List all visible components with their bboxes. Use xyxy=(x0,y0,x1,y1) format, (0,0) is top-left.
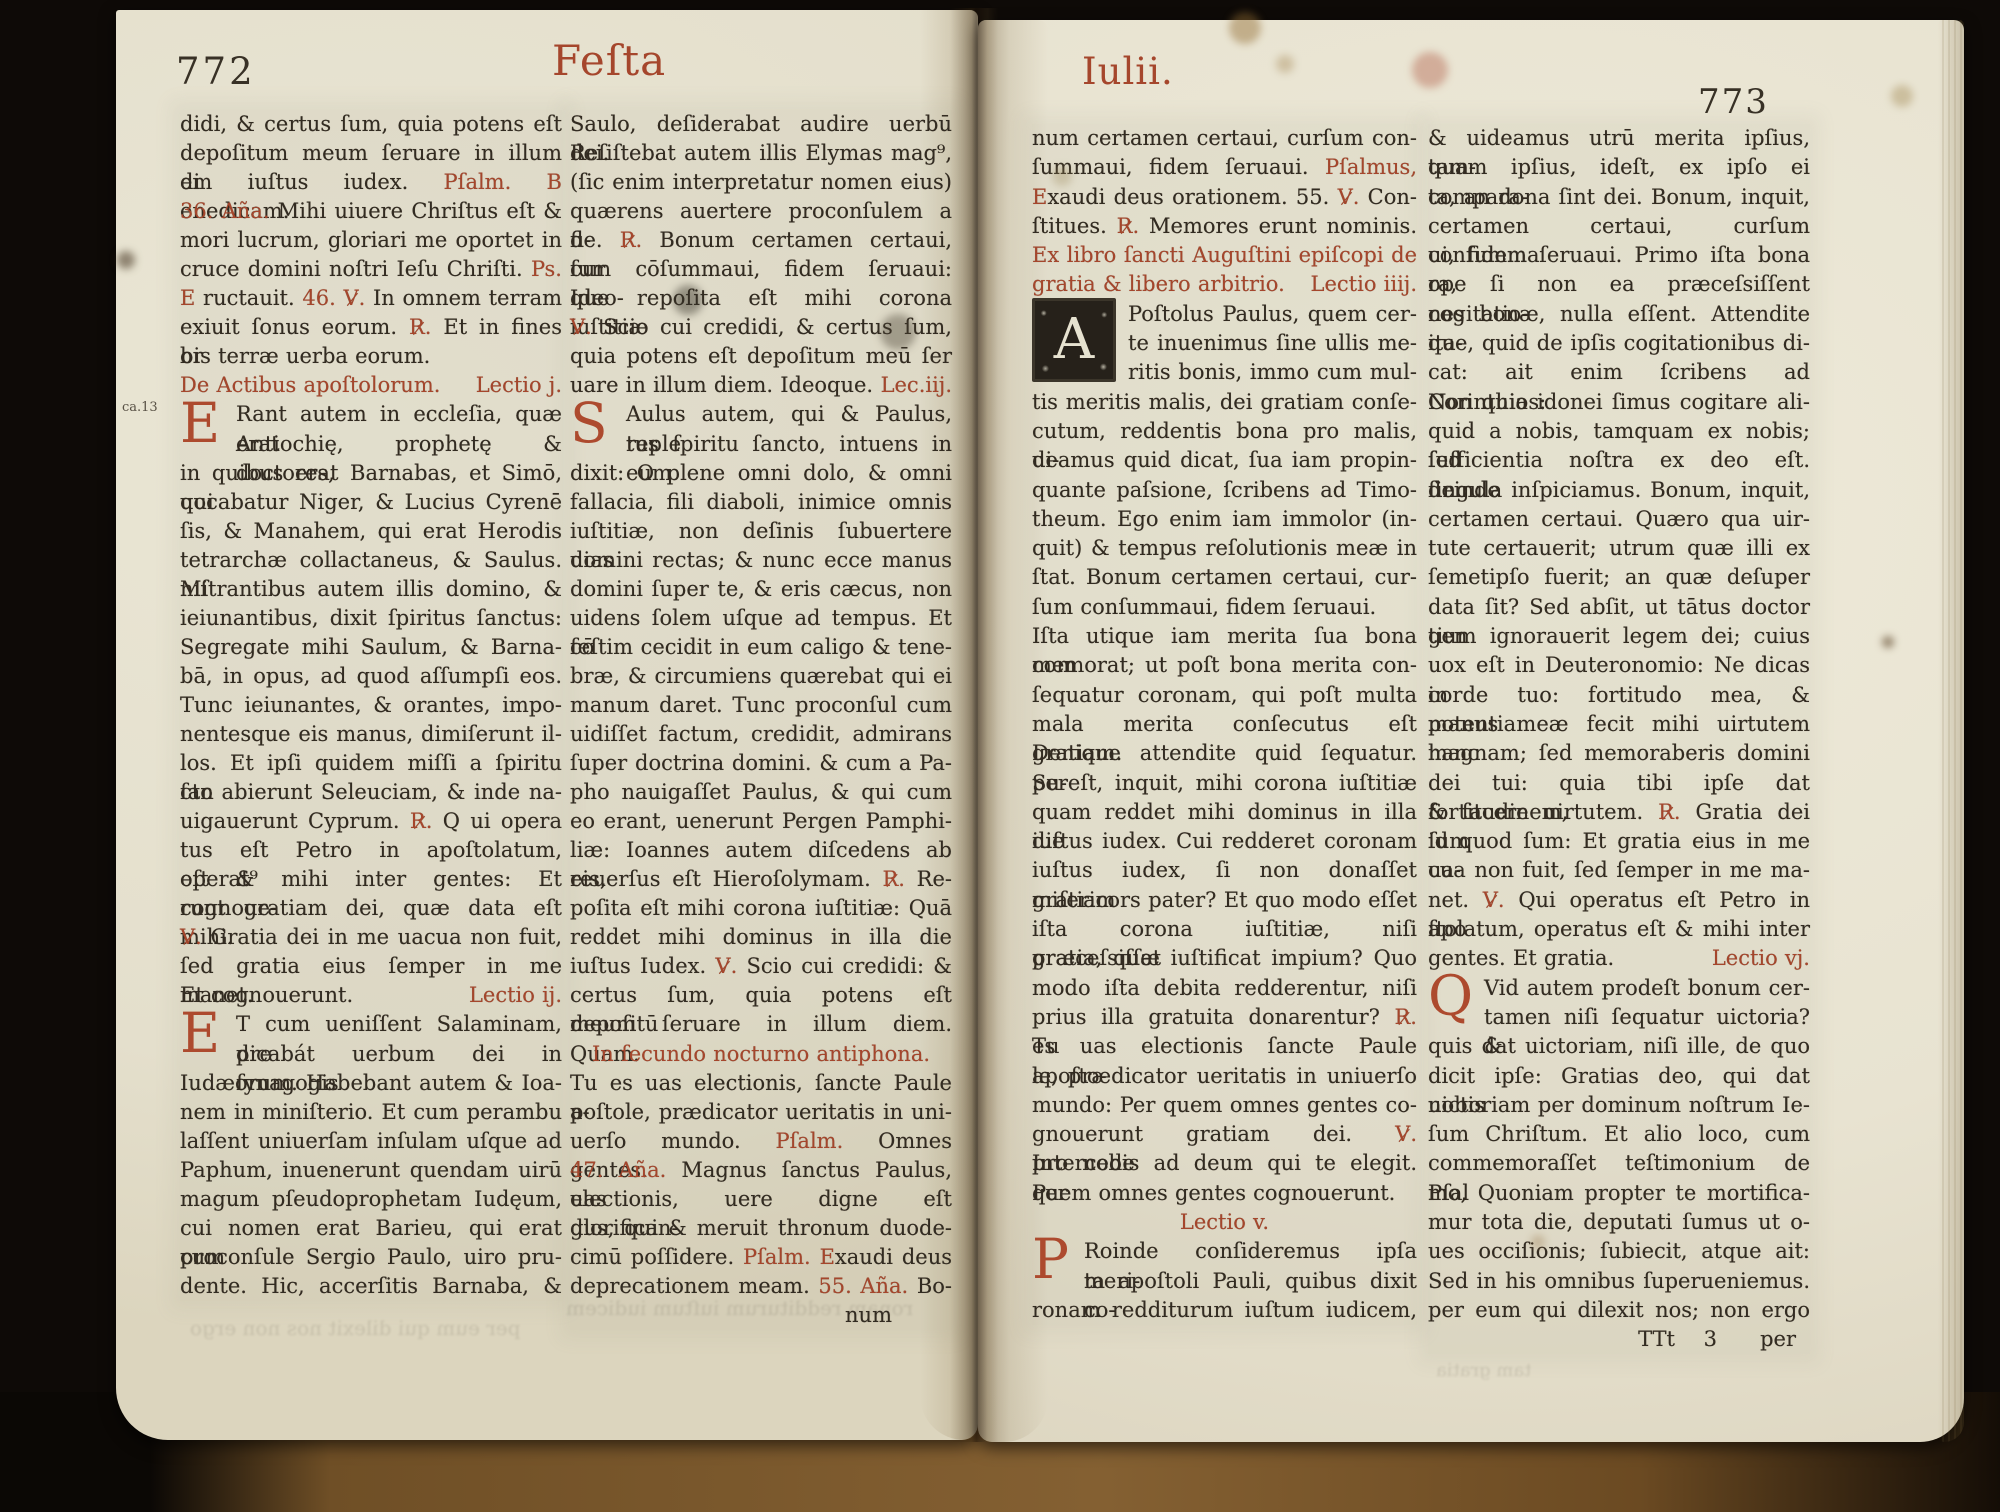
body-text: feſtim cecidit in eum caligo & tene- xyxy=(570,635,952,659)
drop-cap-Q: Q xyxy=(1428,969,1473,1024)
text-line: corde tuo: fortitudo mea, & potentia xyxy=(1428,681,1810,710)
body-text: eo erant, uenerunt Pergen Pamphi- xyxy=(570,809,952,833)
rubric-text: Pſalm. E xyxy=(743,1245,835,1269)
text-line: Denique attendite quid ſequatur. Su- xyxy=(1032,739,1417,768)
text-line: V̷. Gratia dei in me uacua non fuit, xyxy=(180,923,562,952)
text-column: didi, & certus ſum, quia potens eſtdepoſ… xyxy=(180,110,562,1301)
text-line: 47. Aña. Magnus ſanctus Paulus, uas xyxy=(570,1156,952,1185)
body-text: cto abierunt Seleuciam, & inde na- xyxy=(180,780,562,804)
body-text: Gratia dei in me uacua non fuit, xyxy=(211,925,562,949)
rubric-text: V̷. xyxy=(180,925,211,949)
text-line: Tunc ieiunantes, & orantes, impo- xyxy=(180,691,562,720)
text-line: Lectio v. xyxy=(1032,1208,1417,1237)
body-text: uidiſſet factum, credidit, admirans xyxy=(570,722,952,746)
body-text: niſtrantibus autem illis domino, & xyxy=(180,577,562,601)
body-text: ieiunantibus, dixit ſpiritus ſanctus: xyxy=(180,606,562,630)
text-line: los. Et ipſi quidem miſſi a ſpiritu ſan xyxy=(180,749,562,778)
body-text: fallacia, fili diaboli, inimice omnis xyxy=(570,490,952,514)
text-line: iuſtus Iudex. V̷. Scio cui credidi: & xyxy=(570,952,952,981)
text-line: poſtole, prædicator ueritatis in uni- xyxy=(570,1098,952,1127)
text-line: ſemetipſo fuerit; an quæ deſuper xyxy=(1428,563,1810,592)
body-text: Re- xyxy=(917,867,952,891)
text-line: quis dat uictoriam, niſi ille, de quo xyxy=(1428,1032,1810,1061)
text-line: data ſit? Sed abſit, ut tātus doctor gen xyxy=(1428,593,1810,622)
body-text: Iudæorum. Habebant autem & Ioa- xyxy=(180,1071,562,1095)
body-text: poſtole, prædicator ueritatis in uni- xyxy=(570,1100,952,1124)
body-text: certamen certaui. Quæro qua uir- xyxy=(1428,507,1810,531)
text-line: iuſtus iudex. Cui redderet coronam xyxy=(1032,827,1417,856)
text-line: Reſiſtebat autem illis Elymas mag⁹, xyxy=(570,139,952,168)
body-text: ſtolatum, operatus eſt & mihi inter xyxy=(1428,917,1810,941)
body-text: iuſtus iudex. Cui redderet coronam xyxy=(1032,829,1417,853)
text-line: per eum qui dilexit nos; non ergo xyxy=(1428,1296,1810,1325)
text-line: laſſent uniuerſam inſulam uſque ad xyxy=(180,1127,562,1156)
text-line: reuerſus eſt Hieroſolymam. R̷. Re- xyxy=(570,865,952,894)
body-text: Reſiſtebat autem illis Elymas mag⁹, xyxy=(570,141,952,165)
book-scan: { "palette":{"rubric_red":"#a5462c","ink… xyxy=(0,0,2000,1512)
body-text: bis terræ uerba eorum. xyxy=(180,344,430,368)
text-line: mur tota die, deputati ſumus ut o- xyxy=(1428,1208,1810,1237)
body-text: deprecationem meam. xyxy=(570,1274,818,1298)
rubric-text: Pſalm. xyxy=(776,1129,844,1153)
text-line: ronam redditurum iuſtum iudicem, xyxy=(1032,1296,1417,1325)
text-line: Paphum, inuenerunt quendam uirū xyxy=(180,1156,562,1185)
text-line: mala merita conſecutus eſt gratiam. xyxy=(1032,710,1417,739)
body-text: gratia, quæ iuſtificat impium? Quo xyxy=(1032,946,1417,970)
text-line: ſequatur coronam, qui poſt multa xyxy=(1032,681,1417,710)
body-text: Bo- xyxy=(917,1274,952,1298)
text-line: magnam; ſed memoraberis domini xyxy=(1428,739,1810,768)
text-line: gratia & libero arbitrio.Lectio iiij. xyxy=(1032,270,1417,299)
body-text: Sed in his omnibus ſuperueniemus. xyxy=(1428,1269,1810,1293)
bleed-through-text: ronam redditurum iuſtum iudicem xyxy=(566,1296,913,1320)
text-line: ta apoſtoli Pauli, quibus dixit co- xyxy=(1032,1267,1417,1296)
body-text: (ſic enim interpretatur nomen eius) xyxy=(570,170,952,194)
text-line: Non quia idonei ſimus cogitare ali- xyxy=(1428,388,1810,417)
body-text: ſuper doctrina domini. & cum a Pa- xyxy=(570,751,952,775)
page-number-left: 772 xyxy=(176,50,256,93)
text-line: quante paſsione, ſcribens ad Timo- xyxy=(1032,476,1417,505)
text-line: manus meæ fecit mihi uirtutem hanc xyxy=(1428,710,1810,739)
body-text: uigauerunt Cyprum. xyxy=(180,809,410,833)
text-line: uerſo mundo. Pſalm. Omnes gentes. xyxy=(570,1127,952,1156)
body-text: cua non fuit, ſed ſemper in me ma- xyxy=(1428,858,1810,882)
text-line: domini rectas; & nunc ecce manus xyxy=(570,546,952,575)
body-text: TTt 3 per xyxy=(1638,1327,1796,1351)
text-line: gratia, quæ iuſtificat impium? Quo xyxy=(1032,944,1417,973)
text-line: De Actibus apoſtolorum.Lectio j. xyxy=(180,371,562,400)
text-line: dei tui: quia tibi ipſe dat fortitudinem… xyxy=(1428,769,1810,798)
text-line: dicabát uerbum dei in ſynagogis xyxy=(180,1040,562,1069)
text-line: Antiochię, prophetę & doctores, xyxy=(180,430,562,459)
text-line: es uas electionis ſancte Paule apoſto- xyxy=(1032,1032,1417,1061)
body-text: Tunc ieiunantes, & orantes, impo- xyxy=(180,693,562,717)
text-line: Et cognouerunt.Lectio ij. xyxy=(180,981,562,1010)
body-text: uocabatur Niger, & Lucius Cyrenē xyxy=(180,490,562,514)
rubric-text: V̷. xyxy=(570,315,603,339)
drop-cap-P: P xyxy=(1032,1232,1069,1287)
text-line: certamen certaui, curſum conſumma xyxy=(1428,212,1810,241)
text-line: magum pſeudoprophetam Iudęum, xyxy=(180,1185,562,1214)
body-text: Mihi uiuere Chriſtus eſt & xyxy=(278,199,562,223)
text-line: ſtitues. R̷. Memores erunt nominis. xyxy=(1032,212,1417,241)
page-number-right: 773 xyxy=(1698,82,1769,122)
text-line: theum. Ego enim iam immolor (in- xyxy=(1032,505,1417,534)
body-text: quit) & tempus reſolutionis meæ in xyxy=(1032,536,1417,560)
body-text: Segregate mihi Saulum, & Barna- xyxy=(180,635,562,659)
rubric-text: V̷. xyxy=(715,954,746,978)
body-text: poſita eſt mihi corona iuſtitiæ: Quā xyxy=(570,896,952,920)
rubric-text: Lectio j. xyxy=(476,371,562,400)
rubric-text: Lectio v. xyxy=(1180,1210,1269,1234)
bleed-through-text: per eum qui dilexit nos non ergo xyxy=(190,1316,520,1340)
body-text: deamus quid dicat, ſua iam propin- xyxy=(1032,448,1417,472)
text-line: electionis, uere digne eſt glorifican- xyxy=(570,1185,952,1214)
text-line: ſtolatum, operatus eſt & mihi inter xyxy=(1428,915,1810,944)
body-text: num certamen certaui, curſum con- xyxy=(1032,126,1417,150)
text-line: ta, an dona ſint dei. Bonum, inquit, xyxy=(1428,183,1810,212)
text-line: Aulus autem, qui & Paulus, reple xyxy=(570,400,952,429)
text-line: le, prædicator ueritatis in uniuerſo xyxy=(1032,1062,1417,1091)
text-line: Iſta utique iam merita ſua bona com xyxy=(1032,622,1417,651)
drop-cap-E: E xyxy=(180,396,220,451)
body-text: prius illa gratuita donarentur? xyxy=(1032,1005,1395,1029)
body-text: ſingula inſpiciamus. Bonum, inquit, xyxy=(1428,478,1810,502)
body-text: domini ſuper te, & eris cæcus, non xyxy=(570,577,952,601)
rubric-text: V̷. xyxy=(1338,185,1360,209)
text-line: nem in miniſterio. Et cum perambu xyxy=(180,1098,562,1127)
body-text: em iuſtus iudex. xyxy=(180,170,444,194)
text-line: dixit: O plene omni dolo, & omni xyxy=(570,459,952,488)
text-line: cimū poſſidere. Pſalm. Exaudi deus xyxy=(570,1243,952,1272)
text-line: proconſule Sergio Paulo, uiro pru- xyxy=(180,1243,562,1272)
body-text: miſericors pater? Et quo modo eſſet xyxy=(1032,888,1417,912)
bleed-through-text: tam gratia xyxy=(1436,1360,1531,1381)
text-line: uox eſt in Deuteronomio: Ne dicas in xyxy=(1428,651,1810,680)
body-text: exiuit ſonus eorum. xyxy=(180,315,409,339)
body-text: de. xyxy=(570,228,620,252)
text-column: num certamen certaui, curſum con-ſummaui… xyxy=(1032,124,1417,1325)
body-text: dus, qui & meruit thronum duode- xyxy=(570,1216,952,1240)
text-line: uare in illum diem. Ideoque.Lec.iij. xyxy=(570,371,952,400)
text-line: uidens ſolem uſque ad tempus. Et cō xyxy=(570,604,952,633)
body-text: ritis bonis, immo cum mul- xyxy=(1128,360,1417,384)
text-line: tus ſpiritu ſancto, intuens in eum xyxy=(570,430,952,459)
text-line: mo, Quoniam propter te mortifica- xyxy=(1428,1179,1810,1208)
rubric-text: Lec.iij. xyxy=(881,371,952,400)
text-line: reddet mihi dominus in illa die xyxy=(570,923,952,952)
text-line: memorat; ut poſt bona merita con- xyxy=(1032,651,1417,680)
text-line: in quibus erat Barnabas, et Simō, qui xyxy=(180,459,562,488)
body-text: nentesque eis manus, dimiſerunt il- xyxy=(180,722,562,746)
text-line: ſum cōſummaui, fidem ſeruaui: Ideo- xyxy=(570,255,952,284)
body-text: tium ignorauerit legem dei; cuius xyxy=(1428,624,1810,648)
text-line: (ſic enim interpretatur nomen eius) xyxy=(570,168,952,197)
rubric-text: R̷. xyxy=(620,228,660,252)
text-line: commemoraſſet teſtimonium de Pſal xyxy=(1428,1149,1810,1178)
rubric-text: Ex libro ſancti Auguſtini epiſcopi de xyxy=(1032,243,1417,267)
text-line: bis terræ uerba eorum. xyxy=(180,342,562,371)
body-text: que, quid de ipſis cogitationibus di- xyxy=(1428,331,1810,355)
body-text: mundo: Per quem omnes gentes co- xyxy=(1032,1093,1417,1117)
body-text: manum daret. Tunc proconſul cum xyxy=(570,693,952,717)
text-line: eſt & mihi inter gentes: Et cognoue- xyxy=(180,865,562,894)
text-line: E ructauit. 46. V̷. In omnem terram xyxy=(180,284,562,313)
text-line: cutum, reddentis bona pro malis, ui- xyxy=(1032,417,1417,446)
running-title-left: Feſta xyxy=(552,36,666,85)
body-text: pho nauigaſſet Paulus, & qui cum xyxy=(570,780,952,804)
text-line: ſuper doctrina domini. & cum a Pa- xyxy=(570,749,952,778)
body-text: te inuenimus ſine ullis me- xyxy=(1128,331,1417,355)
text-line: eo erant, uenerunt Pergen Pamphi- xyxy=(570,807,952,836)
text-line: ſufficientia noſtra ex deo eſt. deinde xyxy=(1428,446,1810,475)
body-text: dente. Hic, accerſitis Barnaba, & xyxy=(180,1274,562,1298)
text-line: quid a nobis, tamquam ex nobis; ſed xyxy=(1428,417,1810,446)
text-line: Vid autem prodeſt bonum cer- xyxy=(1428,974,1810,1003)
body-text: iuſtus Iudex. xyxy=(570,954,715,978)
text-line: ſed gratia eius ſemper in me manet. xyxy=(180,952,562,981)
body-text: uare in illum diem. Ideoque. xyxy=(570,371,873,400)
text-line: net. V̷. Qui operatus eſt Petro in apo xyxy=(1428,886,1810,915)
body-text: ta, an dona ſint dei. Bonum, inquit, xyxy=(1428,185,1810,209)
body-text: Q ui opera xyxy=(443,809,562,833)
body-text: Vid autem prodeſt bonum cer- xyxy=(1484,976,1810,1000)
text-line: quem omnes gentes cognouerunt. xyxy=(1032,1179,1417,1208)
body-text: gnouerunt gratiam dei. xyxy=(1032,1122,1395,1146)
body-text: ſum conſummaui, fidem ſeruaui. xyxy=(1032,595,1376,619)
text-line: num certamen certaui, curſum con- xyxy=(1032,124,1417,153)
body-text: ſtat. Bonum certamen certaui, cur- xyxy=(1032,565,1417,589)
text-line: certus ſum, quia potens eſt depoſitū xyxy=(570,981,952,1010)
text-line: T cum ueniſſent Salaminam, pre xyxy=(180,1010,562,1039)
text-line: tus eſt Petro in apoſtolatum, operat⁹ xyxy=(180,836,562,865)
body-text: xaudi deus xyxy=(835,1245,952,1269)
rubric-text: 46. V̷. xyxy=(302,286,373,310)
text-line: ſis, & Manahem, qui erat Herodis xyxy=(180,517,562,546)
text-line: cto abierunt Seleuciam, & inde na- xyxy=(180,778,562,807)
woodcut-initial-A: A xyxy=(1032,298,1116,382)
text-line: Segregate mihi Saulum, & Barna- xyxy=(180,633,562,662)
text-line: iuſtus iudex, ſi non donaſſet gratiam xyxy=(1032,856,1417,885)
rubric-text: In ſecundo nocturno antiphona. xyxy=(592,1042,930,1066)
text-line: uocabatur Niger, & Lucius Cyrenē xyxy=(180,488,562,517)
text-line: dente. Hic, accerſitis Barnaba, & xyxy=(180,1272,562,1301)
body-text: reddet mihi dominus in illa die xyxy=(570,925,952,949)
text-line: pereſt, inquit, mihi corona iuſtitiæ xyxy=(1032,769,1417,798)
rubric-text: V̷. xyxy=(1483,888,1519,912)
text-line: Sed in his omnibus ſuperueniemus. xyxy=(1428,1267,1810,1296)
rubric-text: E xyxy=(180,286,195,310)
body-text: ſummaui, fidem ſeruaui. xyxy=(1032,155,1325,179)
body-text: xaudi deus orationem. 55. xyxy=(1047,185,1337,209)
rubric-text: 36. Aña. xyxy=(180,199,278,223)
text-line: prius illa gratuita donarentur? R̷. Tu xyxy=(1032,1003,1417,1032)
body-text: ronam redditurum iuſtum iudicem, xyxy=(1032,1298,1417,1322)
body-text: mori lucrum, gloriari me oportet in xyxy=(180,228,562,252)
body-text: quem omnes gentes cognouerunt. xyxy=(1032,1181,1395,1205)
body-text: Poſtolus Paulus, quem cer- xyxy=(1128,302,1417,326)
rubric-text: R̷. xyxy=(1395,1005,1418,1029)
text-line: Ex libro ſancti Auguſtini epiſcopi de xyxy=(1032,241,1417,270)
right-page-fore-edge xyxy=(1938,20,1964,1442)
rubric-text: Pſalm. B xyxy=(444,170,562,194)
text-line: certamen certaui. Quæro qua uir- xyxy=(1428,505,1810,534)
text-line: 36. Aña. Mihi uiuere Chriſtus eſt & xyxy=(180,197,562,226)
rubric-text: R̷. xyxy=(1117,214,1140,238)
text-line: bā, in opus, ad quod aſſumpſi eos. xyxy=(180,662,562,691)
body-text: In omnem terram xyxy=(373,286,562,310)
body-text: ructauit. xyxy=(195,286,302,310)
text-line: quærens auertere proconſulem a fi- xyxy=(570,197,952,226)
text-line: Rant autem in eccleſia, quæ erat xyxy=(180,400,562,429)
rubric-text: R̷. xyxy=(882,867,916,891)
text-line: iſta corona iuſtitiæ, niſi præceſsiſſet xyxy=(1032,915,1417,944)
body-text: tis meritis malis, dei gratiam conſe- xyxy=(1032,390,1417,414)
text-line: & uideamus utrū merita ipſius, tam- xyxy=(1428,124,1810,153)
text-line: miſericors pater? Et quo modo eſſet xyxy=(1032,886,1417,915)
text-line: exiuit ſonus eorum. R̷. Et in fines or xyxy=(180,313,562,342)
text-line: de. R̷. Bonum certamen certaui, cur xyxy=(570,226,952,255)
text-line: ſum Chriſtum. Et alio loco, cum xyxy=(1428,1120,1810,1149)
body-text: quis dat uictoriam, niſi ille, de quo xyxy=(1428,1034,1810,1058)
text-line: poſita eſt mihi corona iuſtitiæ: Quā xyxy=(570,894,952,923)
body-text: ues occiſionis; ſubiecit, atque ait: xyxy=(1428,1239,1810,1263)
running-title-right: Iulii. xyxy=(1082,50,1174,93)
body-text: mur tota die, deputati ſumus ut o- xyxy=(1428,1210,1810,1234)
text-line: mundo: Per quem omnes gentes co- xyxy=(1032,1091,1417,1120)
body-text: Con- xyxy=(1359,185,1417,209)
rubric-text: Lectio iiij. xyxy=(1311,270,1417,299)
body-text: tute certauerit; utrum quæ illi ex xyxy=(1428,536,1810,560)
text-line: gentes. Et gratia.Lectio vj. xyxy=(1428,944,1810,973)
body-text: & facere uirtutem. xyxy=(1428,800,1658,824)
body-text: magum pſeudoprophetam Iudęum, xyxy=(180,1187,562,1211)
text-line: depoſitum meum ſeruare in illum di xyxy=(180,139,562,168)
text-line: uigauerunt Cyprum. R̷. Q ui opera xyxy=(180,807,562,836)
text-line: ues occiſionis; ſubiecit, atque ait: xyxy=(1428,1237,1810,1266)
right-page: num certamen certaui, curſum con-ſummaui… xyxy=(978,20,1964,1442)
text-line: ra, ſi non ea præceſsiſſent cogitatio- xyxy=(1428,270,1810,299)
body-text: proconſule Sergio Paulo, uiro pru- xyxy=(180,1245,562,1269)
text-line: quam ipſius, ideſt, ex ipſo ei compara- xyxy=(1428,153,1810,182)
text-line: niſtrantibus autem illis domino, & xyxy=(180,575,562,604)
text-line: tamen niſi ſequatur uictoria? & xyxy=(1428,1003,1810,1032)
text-line: ſum conſummaui, fidem ſeruaui. xyxy=(1032,593,1417,622)
text-line: pro nobis ad deum qui te elegit. Per xyxy=(1032,1149,1417,1178)
text-line: nentesque eis manus, dimiſerunt il- xyxy=(180,720,562,749)
body-text: quante paſsione, ſcribens ad Timo- xyxy=(1032,478,1417,502)
margin-note: ca.13 xyxy=(122,400,158,415)
text-line: ſingula inſpiciamus. Bonum, inquit, xyxy=(1428,476,1810,505)
body-text: cimū poſſidere. xyxy=(570,1245,743,1269)
text-line: nes bonæ, nulla eſſent. Attendite ita- xyxy=(1428,300,1810,329)
body-text: per eum qui dilexit nos; non ergo xyxy=(1428,1298,1810,1322)
body-text: didi, & certus ſum, quia potens eſt xyxy=(180,112,562,136)
text-line: mori lucrum, gloriari me oportet in xyxy=(180,226,562,255)
text-line: deamus quid dicat, ſua iam propin- xyxy=(1032,446,1417,475)
body-text: Scio cui credidi, & certus ſum, xyxy=(603,315,952,339)
body-text: Memores erunt nominis. xyxy=(1139,214,1417,238)
text-line: feſtim cecidit in eum caligo & tene- xyxy=(570,633,952,662)
text-line: bræ, & circumiens quærebat qui ei xyxy=(570,662,952,691)
text-line: iuſtitiæ, non deſinis ſubuertere uias xyxy=(570,517,952,546)
rubric-text: Lectio ij. xyxy=(469,981,562,1010)
rubric-text: 55. Aña. xyxy=(818,1274,916,1298)
body-text: domini rectas; & nunc ecce manus xyxy=(570,548,952,572)
body-text: ſis, & Manahem, qui erat Herodis xyxy=(180,519,562,543)
rubric-text: V̷. xyxy=(1395,1122,1417,1146)
body-text: ſemetipſo fuerit; an quæ deſuper xyxy=(1428,565,1810,589)
text-line: fallacia, fili diaboli, inimice omnis xyxy=(570,488,952,517)
text-line: liæ: Ioannes autem diſcedens ab eis, xyxy=(570,836,952,865)
body-text: ſum Chriſtum. Et alio loco, cum xyxy=(1428,1122,1810,1146)
body-text: ſtitues. xyxy=(1032,214,1117,238)
text-line: cui nomen erat Barieu, qui erat cum xyxy=(180,1214,562,1243)
body-text: le, prædicator ueritatis in uniuerſo xyxy=(1032,1064,1417,1088)
text-line: domini ſuper te, & eris cæcus, non xyxy=(570,575,952,604)
text-line: Saulo, deſiderabat audire uerbū dei. xyxy=(570,110,952,139)
text-line: ieiunantibus, dixit ſpiritus ſanctus: xyxy=(180,604,562,633)
text-line: TTt 3 per xyxy=(1428,1325,1810,1354)
rubric-text: Pſalmus, xyxy=(1325,155,1417,179)
text-column: & uideamus utrū merita ipſius, tam-quam … xyxy=(1428,124,1810,1354)
text-line: quit) & tempus reſolutionis meæ in xyxy=(1032,534,1417,563)
text-line: uictoriam per dominum noſtrum Ie- xyxy=(1428,1091,1810,1120)
text-line: em iuſtus iudex. Pſalm. B enedicam. xyxy=(180,168,562,197)
text-line: & facere uirtutem. R̷. Gratia dei ſum xyxy=(1428,798,1810,827)
body-text: Paphum, inuenerunt quendam uirū xyxy=(180,1158,562,1182)
body-text: nem in miniſterio. Et cum perambu xyxy=(180,1100,562,1124)
text-line: Iudæorum. Habebant autem & Ioa- xyxy=(180,1069,562,1098)
text-line: pho nauigaſſet Paulus, & qui cum xyxy=(570,778,952,807)
text-line: runt gratiam dei, quæ data eſt mihi. xyxy=(180,894,562,923)
body-text: pereſt, inquit, mihi corona iuſtitiæ xyxy=(1032,771,1417,795)
text-line: cua non fuit, ſed ſemper in me ma- xyxy=(1428,856,1810,885)
text-line: tetrarchæ collactaneus, & Saulus. Mi xyxy=(180,546,562,575)
body-text: bā, in opus, ad quod aſſumpſi eos. xyxy=(180,664,562,688)
text-line: que, quid de ipſis cogitationibus di- xyxy=(1428,329,1810,358)
text-line: In ſecundo nocturno antiphona. xyxy=(570,1040,952,1069)
body-text: dixit: O plene omni dolo, & omni xyxy=(570,461,952,485)
text-line: tis meritis malis, dei gratiam conſe- xyxy=(1032,388,1417,417)
body-text: net. xyxy=(1428,888,1483,912)
text-line: tute certauerit; utrum quæ illi ex xyxy=(1428,534,1810,563)
text-column: Saulo, deſiderabat audire uerbū dei.Reſi… xyxy=(570,110,952,1330)
body-text: quia potens eſt depoſitum meū ſer xyxy=(570,344,952,368)
text-line: meum ſeruare in illum diem. Quam. xyxy=(570,1010,952,1039)
drop-cap-S: S xyxy=(570,396,608,451)
body-text: memorat; ut poſt bona merita con- xyxy=(1032,653,1417,677)
text-line: dus, qui & meruit thronum duode- xyxy=(570,1214,952,1243)
text-line: modo iſta debita redderentur, niſi xyxy=(1032,974,1417,1003)
rubric-text: R̷. xyxy=(409,315,443,339)
text-line: cruce domini noſtri Ieſu Chriſti. Ps. xyxy=(180,255,562,284)
text-line: manum daret. Tunc proconſul cum xyxy=(570,691,952,720)
body-text: uerſo mundo. xyxy=(570,1129,776,1153)
text-line: Exaudi deus orationem. 55. V̷. Con- xyxy=(1032,183,1417,212)
body-text: ſequatur coronam, qui poſt multa xyxy=(1032,683,1417,707)
text-line: tium ignorauerit legem dei; cuius xyxy=(1428,622,1810,651)
body-text: cruce domini noſtri Ieſu Chriſti. xyxy=(180,257,531,281)
text-line: gnouerunt gratiam dei. V̷. Intercede xyxy=(1032,1120,1417,1149)
text-line: ſummaui, fidem ſeruaui. Pſalmus, xyxy=(1032,153,1417,182)
rubric-text: E xyxy=(1032,185,1047,209)
rubric-text: gratia & libero arbitrio. xyxy=(1032,270,1285,299)
body-text: laſſent uniuerſam inſulam uſque ad xyxy=(180,1129,562,1153)
body-text: reuerſus eſt Hieroſolymam. xyxy=(570,867,882,891)
body-text: theum. Ego enim iam immolor (in- xyxy=(1032,507,1417,531)
text-line: didi, & certus ſum, quia potens eſt xyxy=(180,110,562,139)
